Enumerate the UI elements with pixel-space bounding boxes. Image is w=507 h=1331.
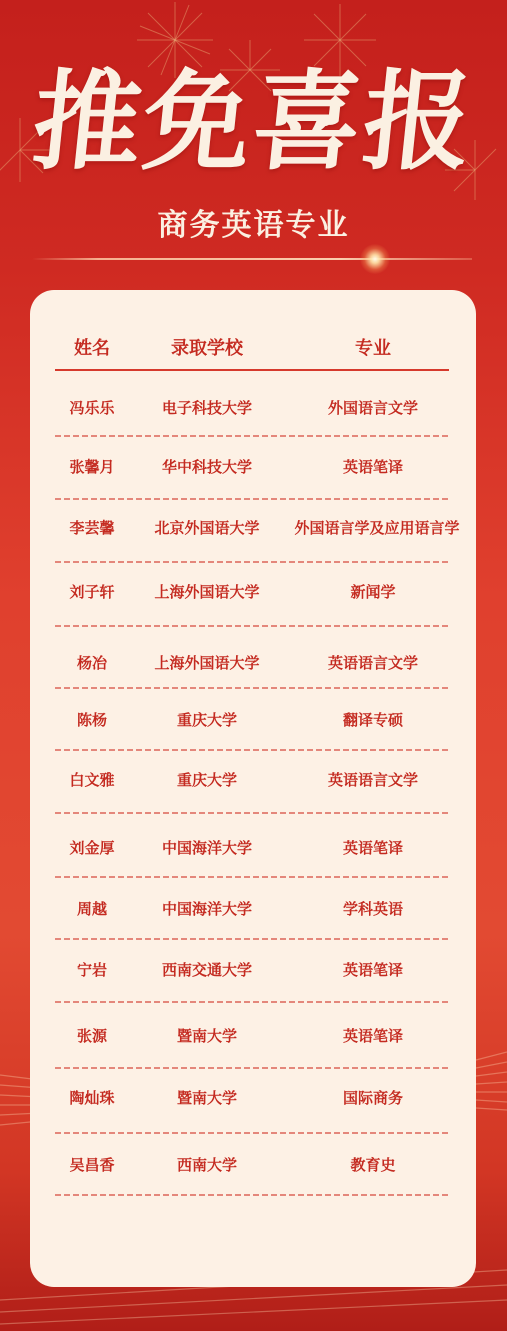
table-row: 白文雅 重庆大学 英语语言文学 <box>55 764 449 794</box>
column-header-name: 姓名 <box>74 334 110 360</box>
major: 英语语言文学 <box>328 652 418 673</box>
row-divider <box>55 749 449 751</box>
major: 翻译专硕 <box>343 709 403 730</box>
admitted-school: 暨南大学 <box>177 1087 237 1108</box>
major: 教育史 <box>350 1154 395 1175</box>
student-name: 陶灿珠 <box>69 1087 114 1108</box>
student-name: 吴昌香 <box>69 1154 114 1175</box>
page-title: 推免喜报 <box>0 68 507 176</box>
table-row: 张馨月 华中科技大学 英语笔译 <box>55 451 449 481</box>
admitted-school: 电子科技大学 <box>162 397 252 418</box>
table-row: 张源 暨南大学 英语笔译 <box>55 1020 449 1050</box>
student-name: 张源 <box>77 1025 107 1046</box>
row-divider <box>55 938 449 940</box>
student-name: 周越 <box>77 898 107 919</box>
admitted-school: 重庆大学 <box>177 709 237 730</box>
row-divider <box>55 687 449 689</box>
student-name: 冯乐乐 <box>69 397 114 418</box>
results-card: 姓名 录取学校 专业 冯乐乐 电子科技大学 外国语言文学 张馨月 华中科技大学 … <box>30 290 476 1287</box>
admitted-school: 北京外国语大学 <box>154 517 259 538</box>
row-divider <box>55 812 449 814</box>
row-divider <box>55 1194 449 1196</box>
table-row: 杨冶 上海外国语大学 英语语言文学 <box>55 647 449 677</box>
row-divider <box>55 625 449 627</box>
row-divider <box>55 1067 449 1069</box>
student-name: 杨冶 <box>77 652 107 673</box>
admitted-school: 中国海洋大学 <box>162 837 252 858</box>
student-name: 张馨月 <box>69 456 114 477</box>
admitted-school: 中国海洋大学 <box>162 898 252 919</box>
table-row: 周越 中国海洋大学 学科英语 <box>55 893 449 923</box>
table-row: 刘子轩 上海外国语大学 新闻学 <box>55 576 449 606</box>
row-divider <box>55 876 449 878</box>
major: 英语笔译 <box>343 959 403 980</box>
major: 英语语言文学 <box>328 769 418 790</box>
admitted-school: 暨南大学 <box>177 1025 237 1046</box>
table-row: 冯乐乐 电子科技大学 外国语言文学 <box>55 392 449 422</box>
major: 学科英语 <box>343 898 403 919</box>
student-name: 刘金厚 <box>69 837 114 858</box>
major: 英语笔译 <box>343 456 403 477</box>
table-row: 陈杨 重庆大学 翻译专硕 <box>55 704 449 734</box>
row-divider <box>55 561 449 563</box>
major: 新闻学 <box>350 581 395 602</box>
student-name: 刘子轩 <box>69 581 114 602</box>
table-row: 刘金厚 中国海洋大学 英语笔译 <box>55 832 449 862</box>
table-row: 陶灿珠 暨南大学 国际商务 <box>55 1082 449 1112</box>
major: 国际商务 <box>343 1087 403 1108</box>
row-divider <box>55 435 449 437</box>
table-row: 宁岩 西南交通大学 英语笔译 <box>55 954 449 984</box>
admitted-school: 西南交通大学 <box>162 959 252 980</box>
page-subtitle: 商务英语专业 <box>0 208 507 244</box>
admitted-school: 重庆大学 <box>177 769 237 790</box>
student-name: 白文雅 <box>69 769 114 790</box>
major: 外国语言文学 <box>328 397 418 418</box>
decorative-glow-line <box>32 258 472 260</box>
admitted-school: 华中科技大学 <box>162 456 252 477</box>
column-header-school: 录取学校 <box>171 334 243 360</box>
major: 外国语言学及应用语言学 <box>294 517 459 538</box>
admitted-school: 西南大学 <box>177 1154 237 1175</box>
table-row: 李芸馨 北京外国语大学 外国语言学及应用语言学 <box>55 512 449 542</box>
column-header-major: 专业 <box>355 334 391 360</box>
header-divider <box>55 369 449 371</box>
admitted-school: 上海外国语大学 <box>154 581 259 602</box>
table-header: 姓名 录取学校 专业 <box>55 328 449 368</box>
major: 英语笔译 <box>343 837 403 858</box>
row-divider <box>55 1132 449 1134</box>
major: 英语笔译 <box>343 1025 403 1046</box>
light-flare-icon <box>360 244 390 274</box>
row-divider <box>55 498 449 500</box>
table-row: 吴昌香 西南大学 教育史 <box>55 1149 449 1179</box>
admitted-school: 上海外国语大学 <box>154 652 259 673</box>
row-divider <box>55 1001 449 1003</box>
student-name: 李芸馨 <box>69 517 114 538</box>
student-name: 陈杨 <box>77 709 107 730</box>
student-name: 宁岩 <box>77 959 107 980</box>
